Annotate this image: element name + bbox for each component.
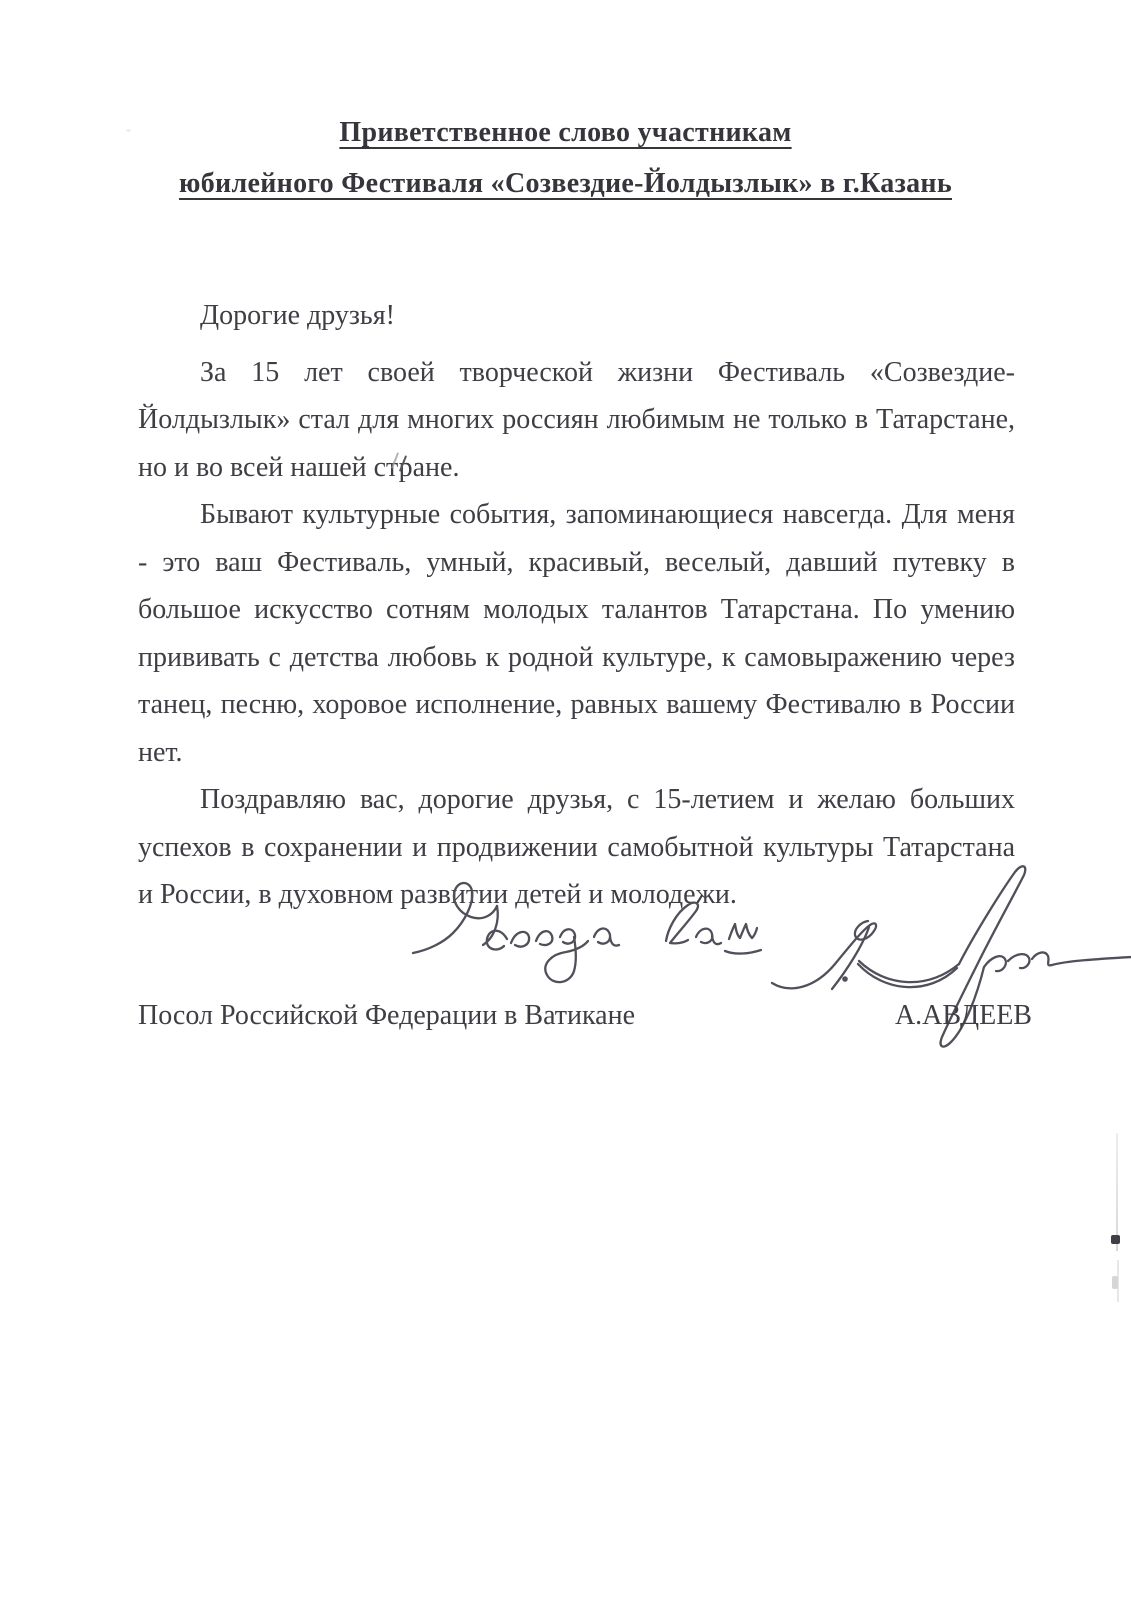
title-line-2: юбилейного Фестиваля «Созвездие-Йолдызлы… <box>127 167 1004 201</box>
title-line-1: Приветственное слово участникам <box>127 116 1004 150</box>
letter-title: Приветственное слово участникам юбилейно… <box>127 116 1004 217</box>
signoff-name: А.АВДЕЕВ <box>895 1000 1032 1032</box>
scan-artifact-speck <box>126 129 131 132</box>
salutation: Дорогие друзья! <box>138 292 1015 340</box>
scan-artifact-edge-line <box>1116 1133 1118 1251</box>
handwriting-vsegda <box>413 883 619 982</box>
signoff-position-title: Посол Российской Федерации в Ватикане <box>138 1000 635 1032</box>
handwriting-vash <box>666 903 761 954</box>
paragraph-2: Бывают культурные события, запоминающиес… <box>138 491 1015 776</box>
scan-artifact-blob <box>1112 1276 1118 1289</box>
paragraph-1: За 15 лет своей творческой жизни Фестива… <box>138 349 1015 492</box>
letter-body: Дорогие друзья! За 15 лет своей творческ… <box>138 292 1015 919</box>
scan-artifact-blob <box>1111 1235 1120 1244</box>
scanned-letter-page: Приветственное слово участникам юбилейно… <box>0 0 1131 1600</box>
signoff-row: Посол Российской Федерации в Ватикане А.… <box>138 1000 1032 1032</box>
